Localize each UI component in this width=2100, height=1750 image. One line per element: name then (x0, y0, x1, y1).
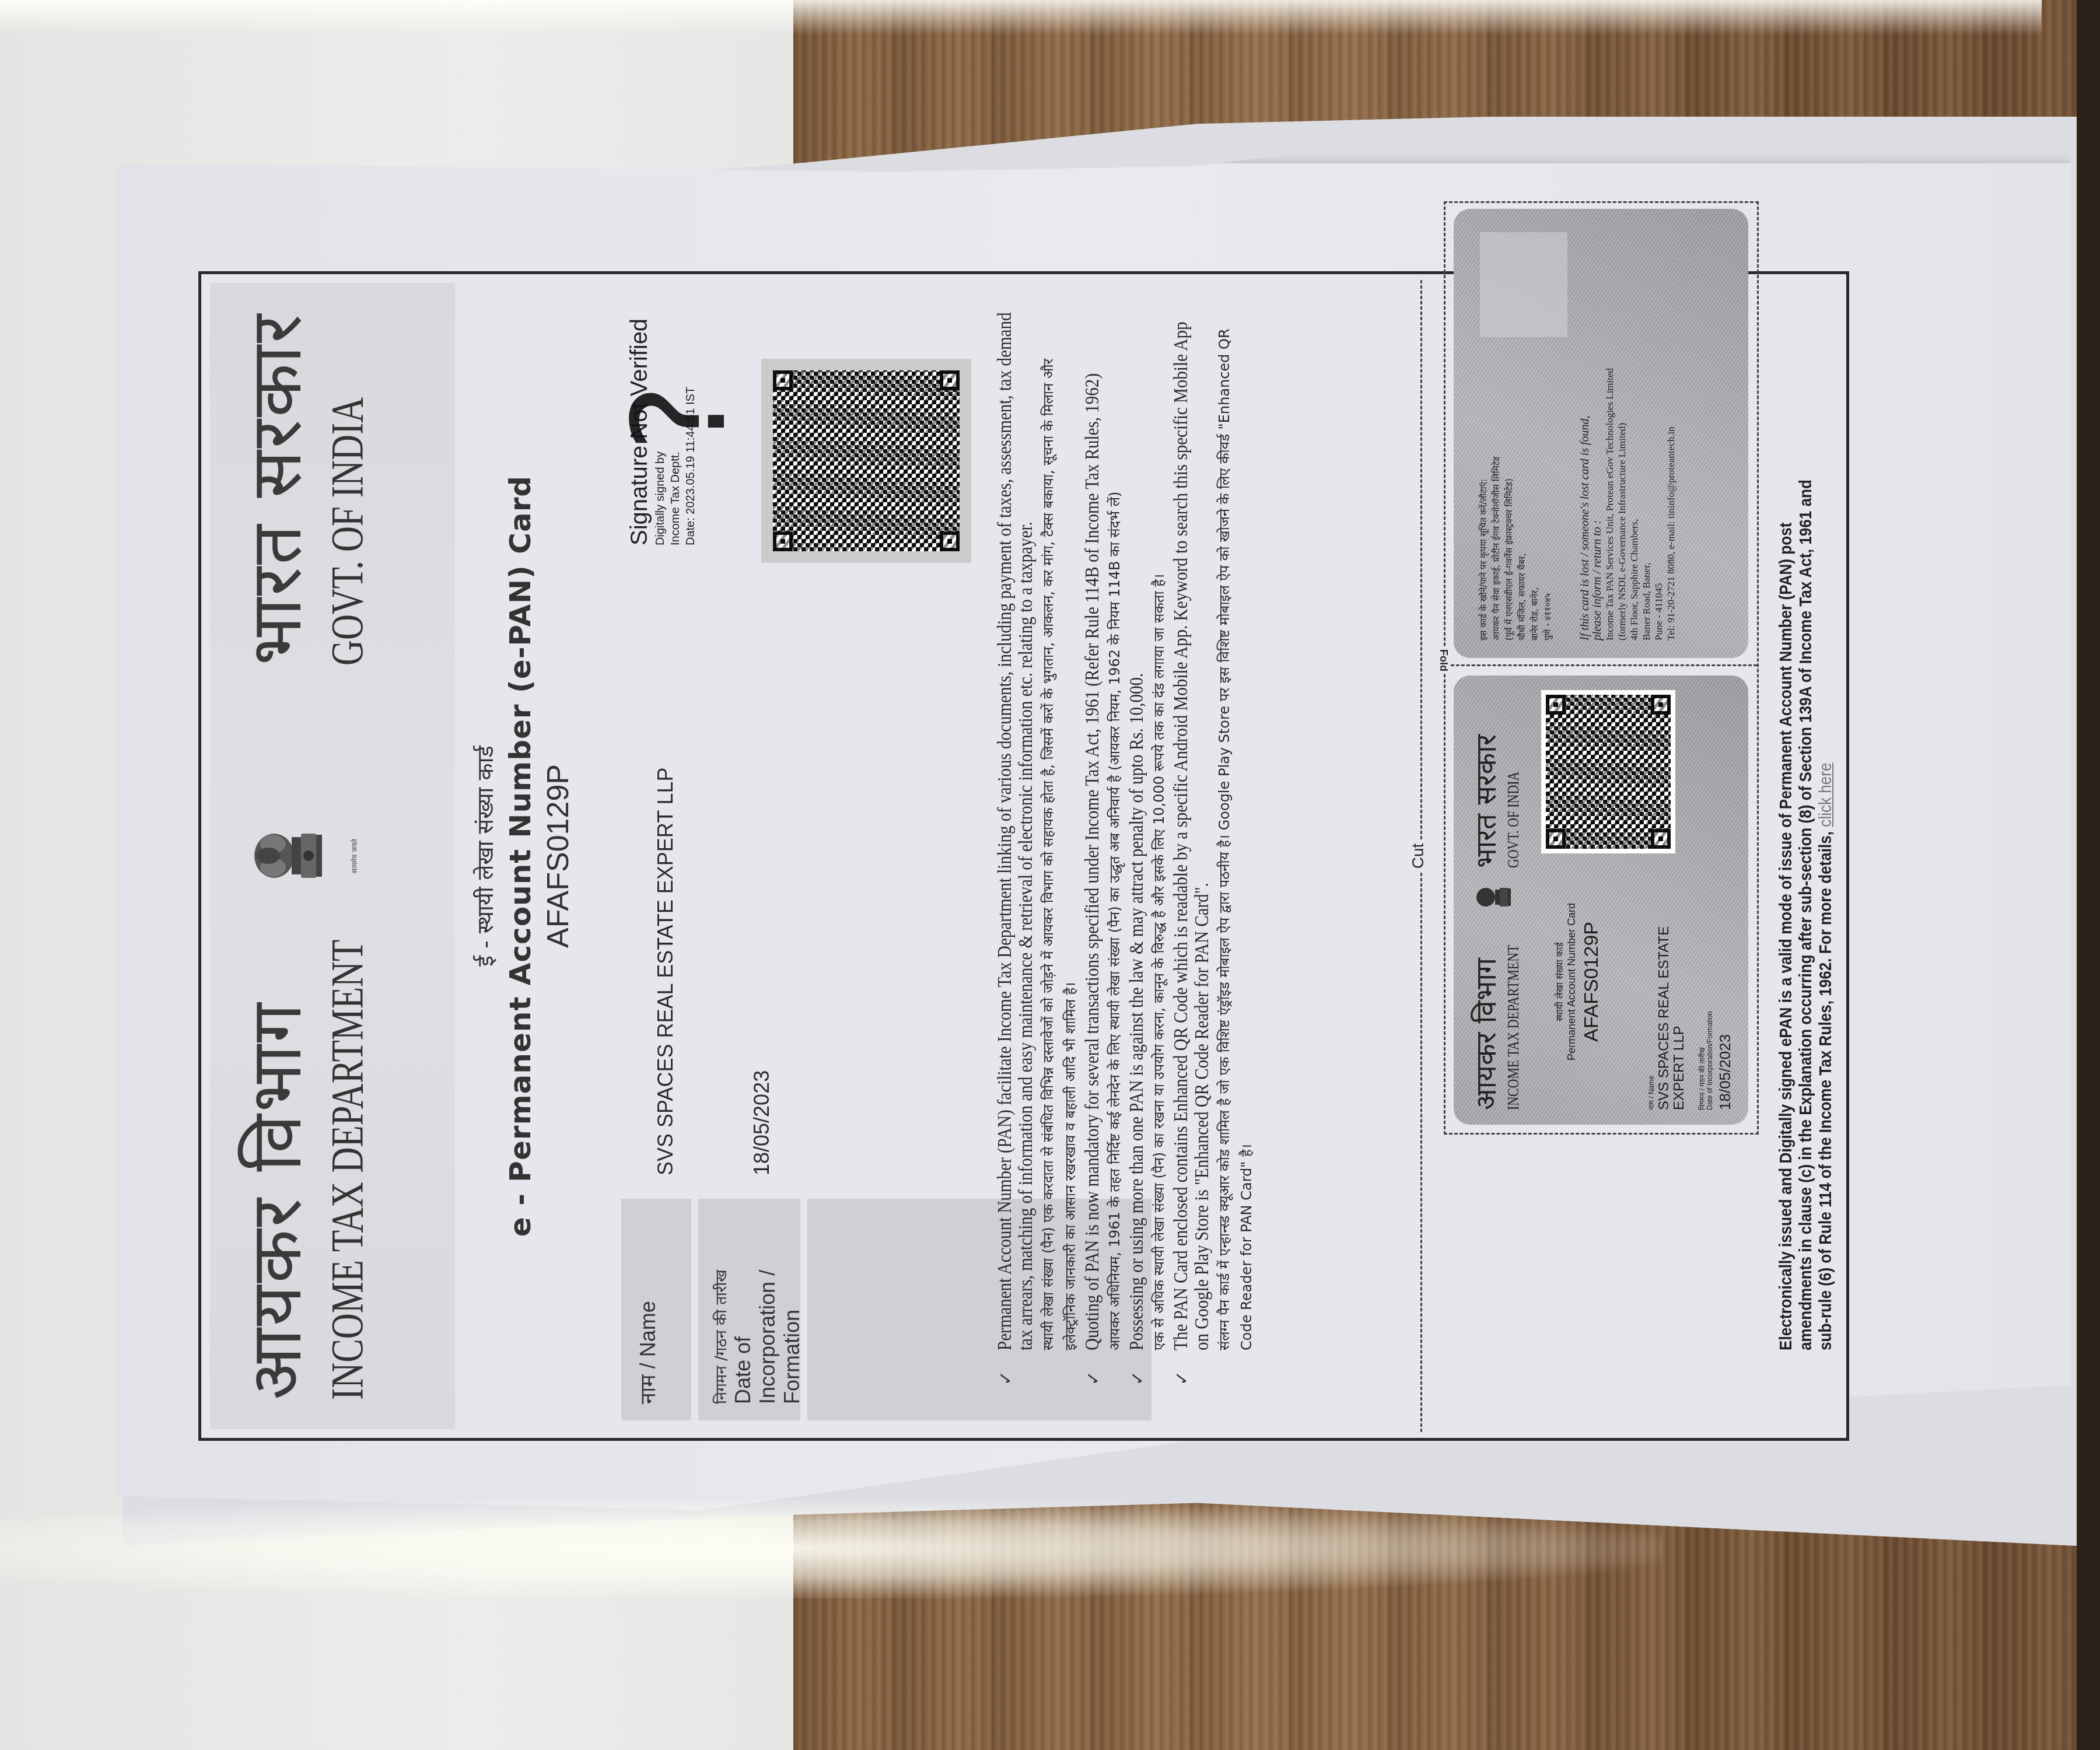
pan-number: AFAFS0129P (541, 274, 576, 1438)
date-label-hindi: निगमन /गठन की तारीख (710, 1215, 731, 1404)
qr-code-pattern (773, 370, 960, 551)
qr-code (761, 359, 971, 563)
qr-finder-icon (940, 531, 960, 551)
qr-finder-icon (1651, 695, 1671, 715)
date-value: 18/05/2023 (691, 580, 793, 1187)
checkmark-icon: ✓ (1083, 1371, 1104, 1385)
pan-card-cutout: Fold आयकर विभाग INCOME TAX DEPARTMENT भा… (1444, 201, 1759, 1135)
checkmark-icon: ✓ (996, 1371, 1017, 1385)
card-date-value: 18/05/2023 (1716, 1034, 1734, 1110)
qr-finder-icon (1546, 695, 1566, 715)
card-name-value: SVS SPACES REAL ESTATE EXPERT LLP (1657, 900, 1687, 1110)
name-label: नाम / Name (621, 1199, 691, 1420)
fold-line (1445, 664, 1757, 666)
card-qr-code (1541, 690, 1675, 853)
emblem-caption: सत्यमेव जयते (349, 821, 359, 891)
card-back-hindi: इस कार्ड के खोने/पाने पर कृपया सूचित करे… (1477, 457, 1554, 640)
pan-card-front: आयकर विभाग INCOME TAX DEPARTMENT भारत सर… (1454, 675, 1748, 1125)
card-pan-block: स्थायी लेखा संख्या कार्ड Permanent Accou… (1553, 894, 1603, 1069)
date-label: निगमन /गठन की तारीख Date of Incorporatio… (698, 1199, 800, 1420)
footer-note: Electronically issued and Digitally sign… (1776, 461, 1836, 1351)
list-item: ✓ Quoting of PAN is now mandatory for se… (1082, 297, 1125, 1385)
card-back-english: If this card is lost / someone's lost ca… (1579, 368, 1677, 640)
cut-label: Cut (1409, 840, 1427, 873)
dept-hindi: आयकर विभाग (236, 810, 318, 1400)
date-label-english: Date of Incorporation / Formation (731, 1215, 804, 1404)
govt-hindi: भारत सरकार (236, 312, 318, 666)
title-hindi: ई - स्थायी लेखा संख्या कार्ड (470, 274, 500, 1438)
pan-card-back: इस कार्ड के खोने/पाने पर कृपया सूचित करे… (1454, 209, 1748, 658)
title-english: e - Permanent Account Number (e-PAN) Car… (503, 274, 537, 1438)
national-emblem-icon (1474, 883, 1521, 912)
light-glare (0, 1499, 1662, 1598)
card-pan-number: AFAFS0129P (1580, 894, 1603, 1069)
dept-english: INCOME TAX DEPARTMENT (318, 940, 376, 1400)
govt-english: GOVT. OF INDIA (318, 390, 376, 665)
list-item: ✓ Permanent Account Number (PAN) facilit… (995, 297, 1081, 1385)
department-block: आयकर विभाग INCOME TAX DEPARTMENT (236, 810, 376, 1400)
fold-label: Fold (1437, 647, 1450, 673)
name-value: SVS SPACES REAL ESTATE EXPERT LLP (621, 580, 691, 1187)
card-govt: भारत सरकार GOVT. OF INDIA (1466, 734, 1523, 868)
card-title: ई - स्थायी लेखा संख्या कार्ड e - Permane… (470, 274, 576, 1438)
signature-question-icon: ? (621, 384, 738, 452)
document-header: आयकर विभाग INCOME TAX DEPARTMENT सत्यमेव… (210, 283, 455, 1429)
qr-finder-icon (1651, 829, 1671, 849)
click-here-link[interactable]: click here (1817, 762, 1835, 827)
card-signature-box (1480, 232, 1567, 337)
card-date-label: निगमन / गठन की तारीख Date of Incorporati… (1699, 1012, 1714, 1110)
national-emblem-icon: सत्यमेव जयते (251, 821, 356, 891)
qr-finder-icon (773, 370, 793, 390)
card-dept: आयकर विभाग INCOME TAX DEPARTMENT (1466, 898, 1523, 1110)
govt-block: भारत सरकार GOVT. OF INDIA (236, 312, 376, 666)
list-item: ✓ The PAN Card enclosed contains Enhance… (1171, 297, 1257, 1385)
field-values: SVS SPACES REAL ESTATE EXPERT LLP 18/05/… (621, 580, 793, 1187)
epan-document: आयकर विभाग INCOME TAX DEPARTMENT सत्यमेव… (198, 271, 1849, 1441)
qr-finder-icon (1546, 829, 1566, 849)
qr-finder-icon (940, 370, 960, 390)
list-item: ✓ Possessing or using more than one PAN … (1126, 297, 1170, 1385)
qr-code-pattern (1546, 695, 1671, 849)
qr-finder-icon (773, 531, 793, 551)
card-name-label: नाम / Name (1646, 1076, 1656, 1110)
checkmark-icon: ✓ (1128, 1371, 1149, 1385)
checkmark-icon: ✓ (1172, 1371, 1193, 1385)
light-glare (0, 0, 2042, 35)
information-list: ✓ Permanent Account Number (PAN) facilit… (995, 297, 1258, 1385)
digital-signature: ? Signature Not Verified Digitally signe… (627, 312, 697, 545)
surface-edge (2077, 0, 2100, 1750)
document-border: आयकर विभाग INCOME TAX DEPARTMENT सत्यमेव… (198, 271, 1849, 1441)
